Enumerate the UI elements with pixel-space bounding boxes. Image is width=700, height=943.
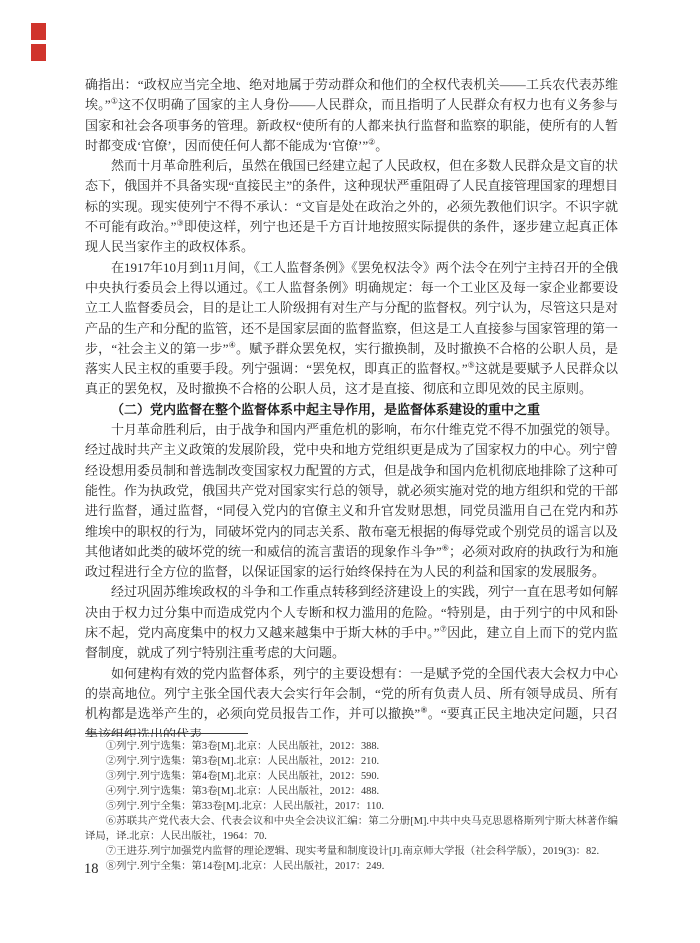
page-number: 18 [84,861,99,878]
footnote-item: ④列宁.列宁选集：第3卷[M].北京：人民出版社，2012：488. [85,784,618,799]
red-mark-icon [31,23,46,40]
footnote-item: ⑦王进芬.列宁加强党内监督的理论逻辑、现实考量和制度设计[J].南京师大学报（社… [85,844,618,859]
body-paragraph: 十月革命胜利后，由于战争和国内严重危机的影响，布尔什维克党不得不加强党的领导。经… [85,420,618,582]
footnotes-section: ①列宁.列宁选集：第3卷[M].北京：人民出版社，2012：388. ②列宁.列… [85,733,618,874]
footnote-item: ⑥苏联共产党代表大会、代表会议和中央全会决议汇编：第二分册[M].中共中央马克思… [85,814,618,844]
body-paragraph: 确指出：“政权应当完全地、绝对地属于劳动群众和他们的全权代表机关——工兵农代表苏… [85,75,618,156]
body-text: 确指出：“政权应当完全地、绝对地属于劳动群众和他们的全权代表机关——工兵农代表苏… [85,75,618,737]
body-paragraph: 在1917年10月到11月间，《工人监督条例》《罢免权法令》两个法令在列宁主持召… [85,258,618,400]
body-paragraph: 经过巩固苏维埃政权的斗争和工作重点转移到经济建设上的实践，列宁一直在思考如何解决… [85,582,618,663]
body-paragraph: 如何建构有效的党内监督体系，列宁的主要设想有：一是赋予党的全国代表大会权力中心的… [85,664,618,737]
body-paragraph: 然而十月革命胜利后，虽然在俄国已经建立起了人民政权，但在多数人民群众是文盲的状态… [85,156,618,257]
footnote-separator [85,733,248,734]
red-mark-icon [31,44,46,61]
document-page: 确指出：“政权应当完全地、绝对地属于劳动群众和他们的全权代表机关——工兵农代表苏… [0,0,700,943]
footnote-item: ②列宁.列宁选集：第3卷[M].北京：人民出版社，2012：210. [85,754,618,769]
footnote-item: ⑤列宁.列宁全集：第33卷[M].北京：人民出版社，2017：110. [85,799,618,814]
red-annotation-marks [31,23,46,65]
footnote-item: ①列宁.列宁选集：第3卷[M].北京：人民出版社，2012：388. [85,739,618,754]
footnote-item: ③列宁.列宁选集：第4卷[M].北京：人民出版社，2012：590. [85,769,618,784]
footnote-item: ⑧列宁.列宁全集：第14卷[M].北京：人民出版社，2017：249. [85,859,618,874]
section-heading: （二）党内监督在整个监督体系中起主导作用，是监督体系建设的重中之重 [85,400,618,420]
